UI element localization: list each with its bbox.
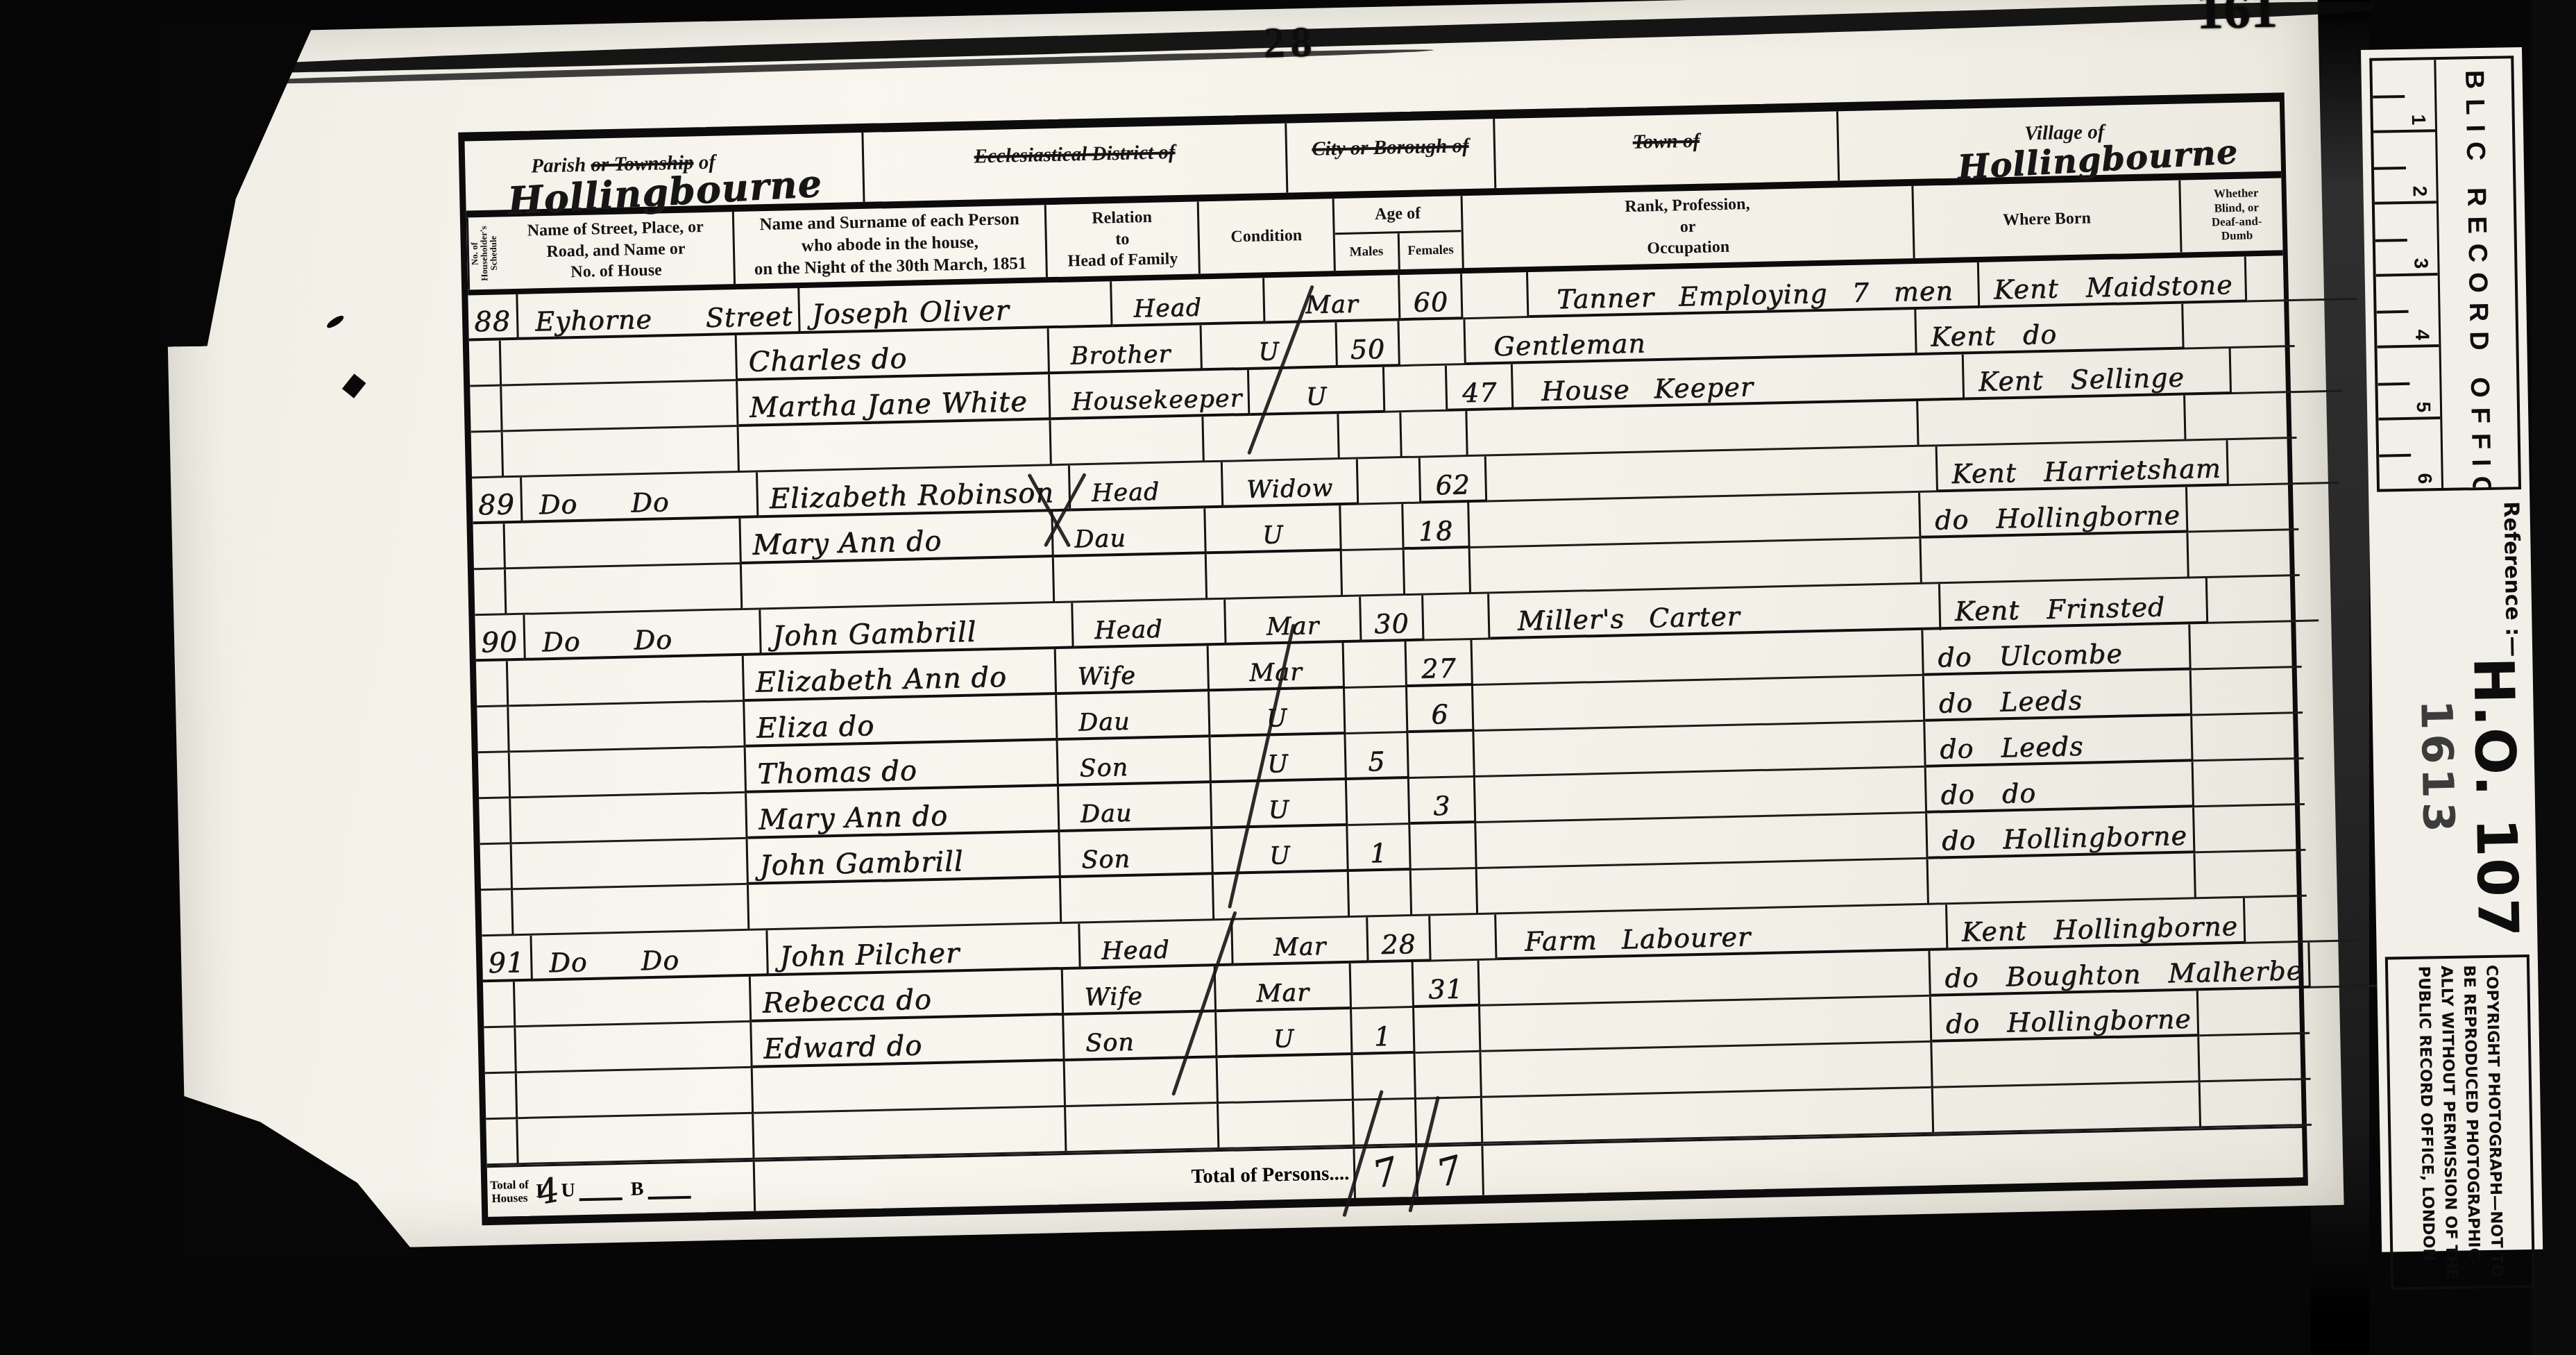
cell-where-born: do Hollingborne bbox=[1920, 487, 2188, 538]
uninhabited-label: U bbox=[561, 1179, 575, 1202]
cell-name: Joseph Oliver bbox=[800, 281, 1113, 334]
cell-age-female bbox=[1401, 411, 1468, 458]
cell-street bbox=[515, 977, 752, 1027]
ruler-number: 3 bbox=[2409, 258, 2432, 269]
ruler-number: 1 bbox=[2407, 114, 2430, 125]
reference-series: H.O. 107 bbox=[2461, 657, 2530, 939]
cell-relation bbox=[1065, 1058, 1219, 1107]
total-houses-cell: Total of Houses I 4 U B bbox=[487, 1162, 756, 1217]
col-header-age: Age of Males Females bbox=[1334, 196, 1464, 271]
cell-street bbox=[516, 1022, 752, 1073]
cell-age-male: 60 bbox=[1400, 273, 1463, 321]
cell-age-female bbox=[1415, 1052, 1482, 1100]
cell-age-male bbox=[1342, 550, 1405, 597]
cell-age-male bbox=[1339, 412, 1402, 460]
col-header-males: Males bbox=[1335, 233, 1400, 271]
col-header-name: Name and Surname of each Person who abod… bbox=[734, 205, 1048, 284]
cell-blind-deaf bbox=[2194, 805, 2305, 853]
cell-schedule-number bbox=[483, 982, 516, 1028]
cell-blind-deaf bbox=[2188, 530, 2299, 578]
cell-name bbox=[754, 1107, 1067, 1160]
cell-schedule-number bbox=[473, 523, 506, 570]
cell-condition bbox=[1218, 1055, 1354, 1104]
cell-schedule-number bbox=[486, 1119, 518, 1165]
cell-name: John Gambrill bbox=[748, 832, 1061, 885]
cell-street bbox=[511, 793, 747, 844]
cell-schedule-number bbox=[484, 1027, 516, 1074]
cell-condition: U bbox=[1249, 367, 1385, 416]
cell-schedule-number bbox=[479, 798, 511, 845]
cell-name bbox=[739, 420, 1052, 473]
total-females-value: 7 bbox=[1433, 1150, 1466, 1193]
total-males-cell: 7 bbox=[1355, 1147, 1418, 1198]
cell-blind-deaf bbox=[2187, 485, 2298, 532]
village-field: Village of Hollingbourne bbox=[1838, 101, 2291, 180]
cell-relation bbox=[1066, 1104, 1219, 1153]
census-table: Parish or Township of Hollingbourne Eccl… bbox=[458, 92, 2308, 1225]
cell-relation: Head bbox=[1073, 600, 1226, 649]
cell-relation: Head bbox=[1080, 920, 1233, 970]
cell-condition: U bbox=[1202, 322, 1338, 371]
reference-number: H.O. 107 1613 bbox=[2378, 657, 2530, 940]
cell-where-born bbox=[1933, 1082, 2201, 1134]
cell-relation: Dau bbox=[1053, 508, 1206, 557]
cell-condition: U bbox=[1212, 826, 1348, 875]
cell-relation: Son bbox=[1058, 737, 1212, 786]
cell-condition: Mar bbox=[1216, 963, 1352, 1012]
cell-name: Eliza do bbox=[745, 695, 1058, 748]
ruler-segment: 4 bbox=[2376, 276, 2439, 348]
building-blank bbox=[647, 1177, 691, 1199]
cell-where-born: Kent Harrietsham bbox=[1938, 440, 2230, 492]
city-label: City or Borough of bbox=[1312, 135, 1469, 160]
cell-relation bbox=[1051, 416, 1204, 466]
cell-condition bbox=[1203, 414, 1339, 462]
cell-where-born: do Ulcombe bbox=[1923, 624, 2191, 675]
ruler-number: 4 bbox=[2411, 330, 2433, 341]
cell-relation bbox=[1061, 875, 1214, 924]
col-header-relation: Relation to Head of Family bbox=[1046, 201, 1201, 277]
cell-age-male bbox=[1344, 641, 1407, 689]
cell-schedule-number bbox=[480, 844, 513, 891]
col-header-street: Name of Street, Place, or Road, and Name… bbox=[498, 212, 736, 289]
pro-reference-section: Reference :— H.O. 107 1613 bbox=[2369, 489, 2537, 950]
cell-age-female bbox=[1462, 272, 1529, 319]
cell-age-male bbox=[1353, 1054, 1416, 1101]
town-label: Town of bbox=[1632, 130, 1700, 153]
ruler-segment: 3 bbox=[2375, 203, 2438, 276]
cell-age-male bbox=[1351, 962, 1414, 1009]
cell-name: John Gambrill bbox=[761, 603, 1074, 656]
cell-name: Thomas do bbox=[746, 741, 1059, 793]
cell-name bbox=[753, 1061, 1066, 1114]
cell-age-male bbox=[1358, 458, 1421, 505]
cell-age-male: 1 bbox=[1348, 825, 1411, 872]
cell-blind-deaf bbox=[2190, 622, 2301, 670]
cell-name: John Pilcher bbox=[768, 923, 1081, 976]
cell-name bbox=[749, 878, 1062, 931]
cell-age-male: 30 bbox=[1361, 596, 1424, 643]
cell-blind-deaf bbox=[2194, 759, 2305, 807]
col-header-schedule: No. of Householder's Schedule bbox=[466, 217, 500, 289]
uninhabited-blank bbox=[579, 1179, 622, 1200]
cell-schedule-number bbox=[477, 707, 509, 753]
cell-name: Rebecca do bbox=[751, 970, 1064, 1022]
village-value: Hollingbourne bbox=[1957, 135, 2239, 185]
cell-age-female bbox=[1410, 823, 1477, 870]
cell-street bbox=[517, 1068, 754, 1119]
cell-condition: Mar bbox=[1264, 275, 1400, 323]
cell-age-male bbox=[1349, 870, 1412, 918]
cell-name: Elizabeth Ann do bbox=[744, 649, 1057, 702]
cell-condition: U bbox=[1205, 505, 1341, 554]
total-males-value: 7 bbox=[1369, 1152, 1403, 1194]
cell-age-female bbox=[1414, 1007, 1481, 1054]
cell-relation: Head bbox=[1070, 462, 1223, 512]
cell-relation: Brother bbox=[1049, 325, 1203, 374]
pro-reference-strip: 1 2 3 4 5 6 PUBLIC RECORD OFFICE Referen… bbox=[2361, 47, 2543, 1252]
cell-condition bbox=[1207, 551, 1343, 600]
cell-blind-deaf bbox=[2245, 895, 2356, 943]
cell-age-female bbox=[1399, 319, 1466, 367]
cell-age-female: 18 bbox=[1403, 503, 1470, 550]
cell-where-born: Kent Maidstone bbox=[1979, 257, 2247, 308]
cell-age-male: 1 bbox=[1352, 1008, 1415, 1055]
pro-copyright-box: COPYRIGHT PHOTOGRAPH—NOT TO BE REPRODUCE… bbox=[2385, 954, 2535, 1290]
cell-condition bbox=[1219, 1101, 1355, 1150]
total-houses-label: Total of Houses bbox=[490, 1179, 529, 1206]
cell-where-born: do Leeds bbox=[1925, 716, 2193, 767]
cell-age-female bbox=[1430, 914, 1497, 961]
cell-street bbox=[506, 564, 743, 615]
cell-street bbox=[510, 748, 747, 798]
building-label: B bbox=[630, 1178, 643, 1200]
cell-blind-deaf bbox=[2183, 301, 2294, 349]
cell-blind-deaf bbox=[2192, 668, 2303, 716]
cell-schedule-number: 88 bbox=[468, 294, 518, 342]
cell-where-born: do Leeds bbox=[1924, 670, 2192, 721]
census-page: 28 161 Parish or Township of Hollingbour… bbox=[161, 0, 2344, 1252]
cell-relation: Dau bbox=[1059, 783, 1212, 832]
district-label: Ecclesiastical District of bbox=[974, 141, 1176, 167]
col-header-age-of: Age of bbox=[1334, 196, 1461, 235]
cell-age-male bbox=[1345, 687, 1408, 734]
film-blot-bottom-left bbox=[176, 1088, 418, 1263]
cell-blind-deaf bbox=[2246, 254, 2357, 302]
cell-street bbox=[502, 381, 738, 432]
cell-street bbox=[509, 702, 745, 752]
cell-age-female: 6 bbox=[1407, 686, 1474, 733]
cell-street: Eyhorne Street bbox=[518, 288, 801, 340]
cell-blind-deaf bbox=[2201, 1080, 2312, 1128]
cell-street: Do Do bbox=[525, 609, 761, 660]
cell-name: Elizabeth Robinson bbox=[758, 466, 1071, 519]
cell-condition: U bbox=[1210, 734, 1346, 783]
cell-street bbox=[508, 656, 745, 707]
cell-blind-deaf bbox=[2208, 575, 2319, 623]
cell-where-born: Kent Sellinge bbox=[1964, 348, 2232, 400]
cell-where-born bbox=[1929, 853, 2196, 904]
folio-number: 161 bbox=[2196, 0, 2278, 42]
cell-schedule-number bbox=[478, 752, 511, 799]
cell-age-female bbox=[1423, 594, 1490, 641]
cell-condition: Widow bbox=[1223, 460, 1359, 508]
total-females-cell: 7 bbox=[1417, 1146, 1484, 1197]
census-rows: 88 Eyhorne Street Joseph Oliver Head Mar… bbox=[468, 255, 2302, 1165]
cell-where-born: do Hollingborne bbox=[1931, 991, 2199, 1042]
cell-name: Martha Jane White bbox=[738, 374, 1051, 427]
pro-office-title: PUBLIC RECORD OFFICE bbox=[2436, 58, 2518, 488]
ruler-number: 2 bbox=[2408, 186, 2430, 197]
cell-relation: Son bbox=[1060, 829, 1213, 878]
cell-schedule-number bbox=[476, 661, 509, 707]
cell-name: Charles do bbox=[737, 328, 1050, 381]
cell-age-female: 31 bbox=[1414, 961, 1480, 1008]
total-persons-label: Total of Persons.... bbox=[755, 1149, 1356, 1211]
col-header-occupation: Rank, Profession, or Occupation bbox=[1463, 186, 1915, 268]
cell-age-male bbox=[1384, 366, 1448, 413]
cell-age-female: 27 bbox=[1407, 640, 1473, 687]
cell-name: Mary Ann do bbox=[747, 786, 1060, 839]
cell-age-female bbox=[1412, 869, 1478, 916]
cell-blind-deaf bbox=[2228, 438, 2339, 486]
district-field: Ecclesiastical District of bbox=[863, 124, 1288, 202]
cell-street: Do Do bbox=[532, 930, 768, 981]
cell-relation: Wife bbox=[1056, 646, 1210, 695]
cell-age-male: 28 bbox=[1368, 916, 1431, 963]
cell-name: Edward do bbox=[752, 1016, 1065, 1068]
cell-name: Mary Ann do bbox=[740, 512, 1053, 564]
cell-blind-deaf bbox=[2231, 346, 2342, 394]
cell-schedule-number bbox=[474, 569, 507, 616]
cell-age-male: 50 bbox=[1337, 321, 1400, 368]
cell-schedule-number: 91 bbox=[482, 936, 532, 983]
cell-blind-deaf bbox=[2192, 714, 2303, 761]
col-header-females: Females bbox=[1399, 232, 1462, 269]
cell-where-born: Kent do bbox=[1916, 304, 2184, 355]
cell-schedule-number bbox=[469, 340, 502, 387]
parish-field: Parish or Township of Hollingbourne bbox=[464, 133, 865, 211]
cell-where-born: do Hollingborne bbox=[1927, 807, 2195, 859]
ruler-segment: 2 bbox=[2373, 132, 2437, 205]
ruler-segment: 1 bbox=[2372, 60, 2435, 133]
cell-blind-deaf bbox=[2185, 393, 2296, 441]
cell-condition: U bbox=[1212, 780, 1348, 829]
cell-age-male bbox=[1341, 504, 1404, 551]
cell-where-born bbox=[1932, 1036, 2200, 1088]
town-field: Town of bbox=[1495, 111, 1840, 188]
cell-age-male bbox=[1347, 779, 1410, 826]
city-field: City or Borough of bbox=[1287, 119, 1496, 193]
cell-blind-deaf bbox=[2199, 1034, 2310, 1082]
cell-where-born: do Boughton Malherbe bbox=[1930, 943, 2310, 997]
cell-street bbox=[505, 519, 742, 569]
cell-age-female: 47 bbox=[1447, 364, 1514, 412]
col-header-condition: Condition bbox=[1199, 199, 1336, 273]
cell-schedule-number bbox=[470, 386, 502, 432]
cell-where-born: Kent Frinsted bbox=[1940, 578, 2208, 630]
cell-street bbox=[518, 1114, 754, 1165]
cell-schedule-number: 89 bbox=[472, 478, 523, 525]
cell-age-female bbox=[1405, 548, 1471, 596]
cell-blind-deaf bbox=[2195, 851, 2306, 899]
cell-age-female bbox=[1408, 732, 1475, 779]
ruler-number: 6 bbox=[2414, 473, 2436, 485]
reference-piece: 1613 bbox=[2411, 700, 2466, 940]
ruler: 1 2 3 4 5 6 bbox=[2372, 60, 2443, 489]
cell-age-female: 3 bbox=[1409, 777, 1476, 825]
cell-street bbox=[503, 427, 740, 478]
pro-ruler-section: 1 2 3 4 5 6 PUBLIC RECORD OFFICE bbox=[2369, 56, 2521, 492]
cell-schedule-number bbox=[471, 432, 504, 478]
microfilm-frame: { "colors":{"film_background":"#060606",… bbox=[0, 0, 2576, 1355]
cell-name bbox=[742, 557, 1055, 610]
cell-blind-deaf bbox=[2198, 988, 2310, 1036]
cell-relation: Housekeeper bbox=[1050, 370, 1251, 420]
cell-where-born: do do bbox=[1926, 761, 2194, 813]
cell-age-female: 62 bbox=[1421, 456, 1487, 503]
cell-relation bbox=[1054, 554, 1207, 603]
cell-schedule-number: 90 bbox=[475, 615, 525, 662]
cell-age-male: 5 bbox=[1346, 733, 1409, 780]
cell-condition: Mar bbox=[1232, 917, 1368, 966]
cell-schedule-number bbox=[481, 890, 514, 936]
cell-where-born: Kent Hollingborne bbox=[1947, 898, 2246, 950]
ink-spot bbox=[325, 314, 346, 330]
ink-spot bbox=[342, 373, 366, 398]
cell-condition: Mar bbox=[1209, 643, 1345, 691]
page-number: 28 bbox=[1263, 18, 1319, 69]
cell-relation: Head bbox=[1112, 278, 1266, 327]
total-houses-value: 4 bbox=[535, 1172, 563, 1209]
cell-condition: U bbox=[1217, 1009, 1353, 1058]
cell-where-born bbox=[1921, 532, 2189, 584]
ruler-segment: 6 bbox=[2378, 419, 2441, 489]
ruler-number: 5 bbox=[2412, 401, 2434, 412]
cell-relation: Dau bbox=[1057, 691, 1210, 741]
cell-condition: Mar bbox=[1226, 596, 1362, 645]
cell-relation: Wife bbox=[1063, 966, 1217, 1016]
cell-street: Do Do bbox=[522, 472, 759, 523]
reference-label: Reference :— bbox=[2385, 501, 2525, 659]
cell-where-born bbox=[1918, 395, 2186, 446]
cell-street bbox=[513, 885, 749, 936]
cell-age-male bbox=[1354, 1100, 1417, 1147]
col-header-blind-deaf: Whether Blind, or Deaf-and- Dumb bbox=[2180, 178, 2292, 252]
cell-street bbox=[501, 335, 738, 386]
col-header-where-born: Where Born bbox=[1913, 180, 2182, 258]
cell-street bbox=[512, 839, 749, 890]
ruler-segment: 5 bbox=[2378, 347, 2441, 420]
cell-schedule-number bbox=[485, 1073, 518, 1120]
